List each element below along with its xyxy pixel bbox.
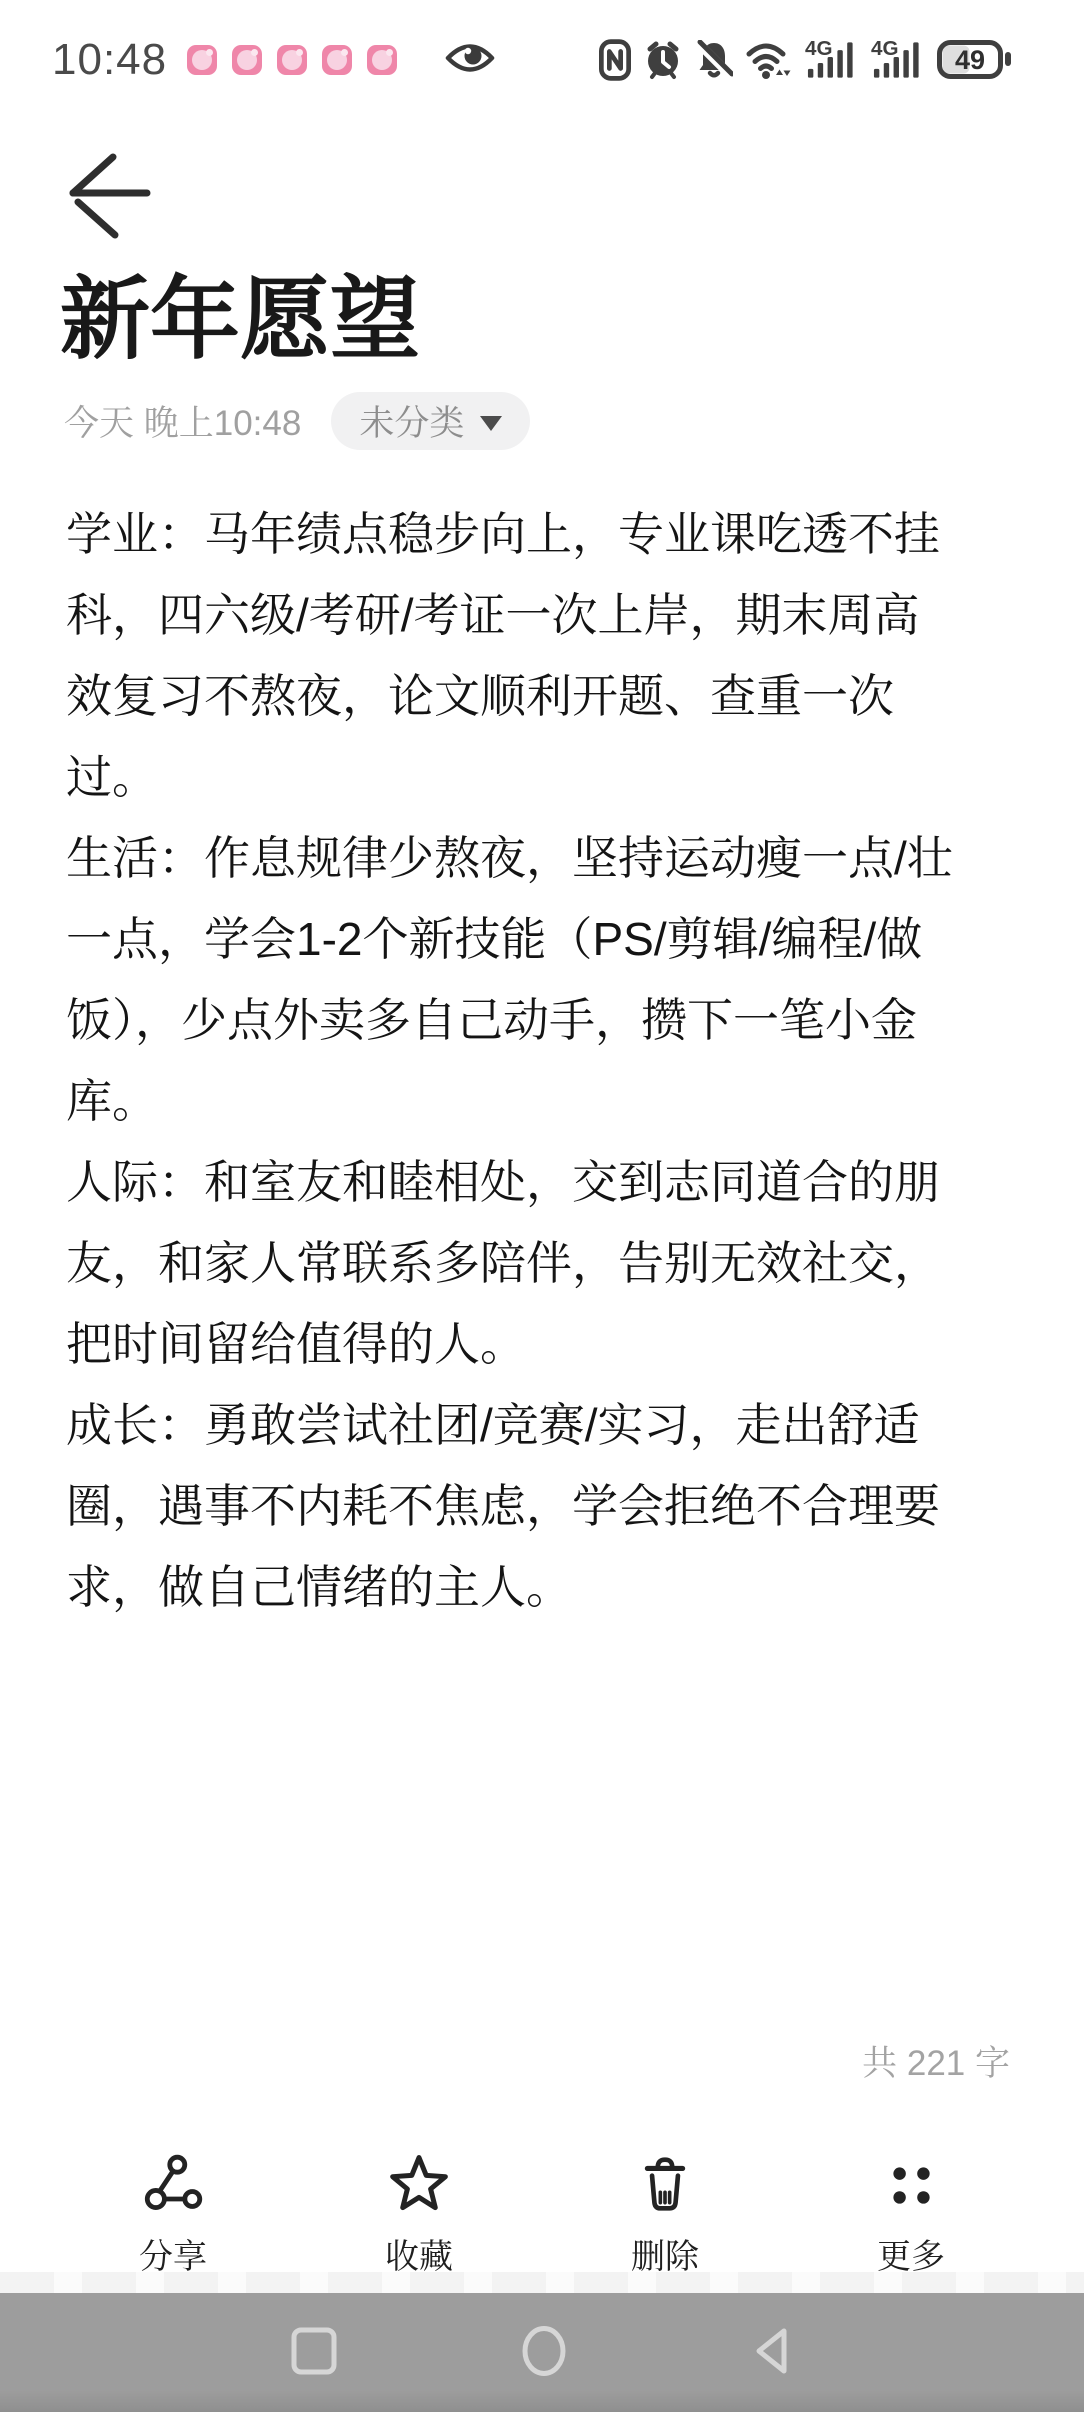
delete-button[interactable]: 删除	[600, 2148, 730, 2278]
note-line: 学业：马年绩点稳步向上，专业课吃透不挂	[66, 494, 1026, 575]
note-meta: 今天 晚上10:48 未分类	[64, 392, 530, 450]
status-bar: 10:48	[0, 0, 1084, 96]
svg-text:4G: 4G	[871, 38, 899, 60]
notification-app-icon	[322, 45, 352, 75]
notification-app-icon	[277, 45, 307, 75]
back-button[interactable]	[48, 148, 158, 244]
more-dots-icon	[882, 2148, 940, 2214]
note-line: 饭），少点外卖多自己动手，攒下一笔小金	[66, 980, 1026, 1061]
favorite-label: 收藏	[385, 2229, 453, 2278]
back-nav-button[interactable]	[751, 2325, 793, 2380]
clock-time: 10:48	[52, 35, 167, 85]
notification-icons	[187, 45, 397, 75]
notification-app-icon	[232, 45, 262, 75]
share-icon	[143, 2148, 203, 2214]
note-line: 圈，遇事不内耗不焦虑，学会拒绝不合理要	[66, 1466, 1026, 1547]
note-line: 效复习不熬夜，论文顺利开题、查重一次	[66, 656, 1026, 737]
note-line: 一点，学会1-2个新技能（PS/剪辑/编程/做	[66, 899, 1026, 980]
star-icon	[388, 2148, 450, 2214]
note-date: 今天 晚上10:48	[64, 396, 301, 446]
share-button[interactable]: 分享	[108, 2148, 238, 2278]
share-label: 分享	[139, 2229, 207, 2278]
nfc-icon	[599, 39, 631, 81]
note-line: 生活：作息规律少熬夜，坚持运动瘦一点/壮	[66, 818, 1026, 899]
trash-icon	[636, 2148, 694, 2214]
alarm-clock-icon	[644, 40, 682, 80]
back-triangle-icon	[751, 2325, 793, 2380]
home-button[interactable]	[521, 2325, 567, 2380]
note-title[interactable]: 新年愿望	[60, 268, 420, 372]
status-bar-right: 4G 4G	[599, 38, 1013, 82]
note-line: 过。	[66, 737, 1026, 818]
wifi-icon	[746, 39, 792, 81]
recents-square-icon	[291, 2327, 337, 2378]
svg-text:49: 49	[955, 45, 985, 75]
status-bar-left: 10:48	[52, 35, 495, 85]
notification-app-icon	[187, 45, 217, 75]
note-line: 友，和家人常联系多陪伴，告别无效社交，	[66, 1223, 1026, 1304]
eye-icon	[445, 40, 495, 81]
recents-button[interactable]	[291, 2327, 337, 2378]
system-navigation-bar	[0, 2293, 1084, 2412]
signal-4g-icon: 4G	[871, 38, 924, 82]
note-line: 人际：和室友和睦相处，交到志同道合的朋	[66, 1142, 1026, 1223]
gesture-hint-band	[0, 2272, 1084, 2293]
battery-icon: 49	[937, 39, 1013, 81]
category-label: 未分类	[359, 396, 464, 446]
home-circle-icon	[521, 2325, 567, 2380]
more-button[interactable]: 更多	[846, 2148, 976, 2278]
notification-app-icon	[367, 45, 397, 75]
note-line: 成长：勇敢尝试社团/竞赛/实习，走出舒适	[66, 1385, 1026, 1466]
note-line: 科，四六级/考研/考证一次上岸，期末周高	[66, 575, 1026, 656]
favorite-button[interactable]: 收藏	[354, 2148, 484, 2278]
bell-muted-icon	[695, 40, 733, 80]
notes-app-screen: 10:48	[0, 0, 1084, 2412]
back-arrow-icon	[51, 229, 155, 244]
svg-text:4G: 4G	[805, 38, 833, 60]
more-label: 更多	[877, 2229, 945, 2278]
note-body-text[interactable]: 学业：马年绩点稳步向上，专业课吃透不挂 科，四六级/考研/考证一次上岸，期末周高…	[66, 494, 1026, 1628]
note-line: 求，做自己情绪的主人。	[66, 1547, 1026, 1628]
chevron-down-icon	[480, 416, 502, 431]
delete-label: 删除	[631, 2229, 699, 2278]
category-selector[interactable]: 未分类	[331, 392, 530, 450]
bottom-toolbar: 分享 收藏 删除	[0, 2148, 1084, 2278]
signal-4g-icon: 4G	[805, 38, 858, 82]
note-line: 把时间留给值得的人。	[66, 1304, 1026, 1385]
note-line: 库。	[66, 1061, 1026, 1142]
word-count: 共 221 字	[862, 2036, 1010, 2086]
